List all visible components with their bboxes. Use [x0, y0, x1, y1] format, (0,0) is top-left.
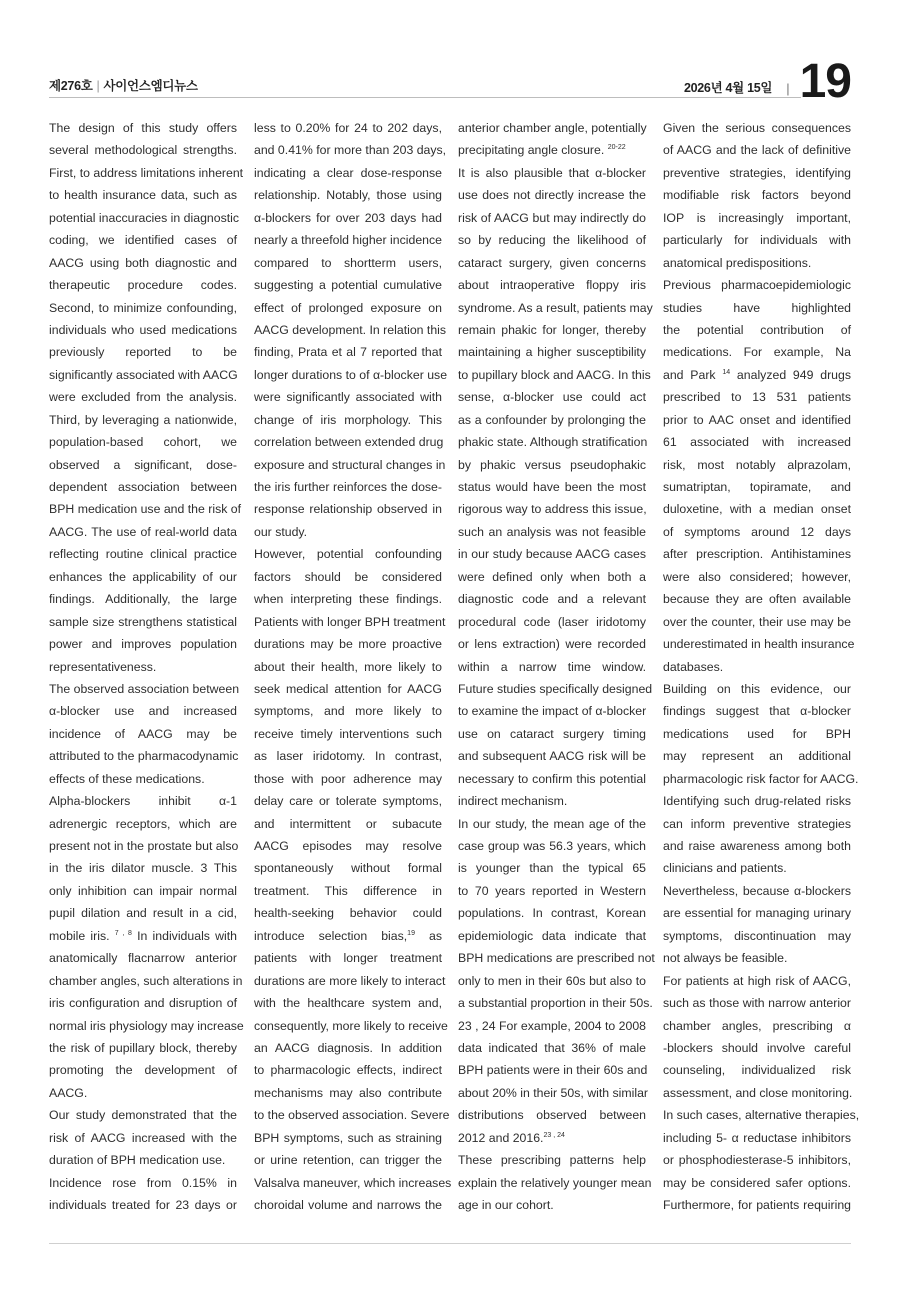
text-line: or phosphodiesterase-5 inhibitors,: [663, 1149, 851, 1171]
line-text: representativeness.: [49, 660, 156, 674]
text-line: previously reported to be: [49, 341, 237, 363]
line-text: pharmacologic risk factor for AACG.: [663, 772, 858, 786]
line-text: seek medical attention for AACG: [254, 682, 442, 696]
text-line: medications. For example, Na: [663, 341, 851, 363]
line-text: treatment. This difference in: [254, 884, 442, 898]
text-line: therapeutic procedure codes.: [49, 274, 237, 296]
line-text: cataract surgery, given concerns: [458, 256, 646, 270]
line-text: may represent an additional: [663, 749, 851, 763]
text-line: Nevertheless, because α-blockers: [663, 880, 851, 902]
line-text: medications. For example, Na: [663, 345, 851, 359]
line-text: duloxetine, with a median onset: [663, 502, 851, 516]
text-line: the potential contribution of: [663, 319, 851, 341]
text-line: were excluded from the analysis.: [49, 386, 237, 408]
line-text: of AACG and the lack of definitive: [663, 143, 851, 157]
text-line: Patients with longer BPH treatment: [254, 611, 442, 633]
text-line: are essential for managing urinary: [663, 902, 851, 924]
text-line: -blockers should involve careful: [663, 1037, 851, 1059]
text-line: syndrome. As a result, patients may: [458, 297, 646, 319]
line-text: effects of these medications.: [49, 772, 205, 786]
text-line: Incidence rose from 0.15% in: [49, 1172, 237, 1194]
text-line: as a confounder by prolonging the: [458, 409, 646, 431]
text-line: and raise awareness among both: [663, 835, 851, 857]
line-text: BPH medications are prescribed not: [458, 951, 655, 965]
text-line: adrenergic receptors, which are: [49, 813, 237, 835]
line-text: symptoms, discontinuation may: [663, 929, 851, 943]
text-line: α-blockers for over 203 days had: [254, 207, 442, 229]
line-text: Valsalva maneuver, which increases: [254, 1176, 451, 1190]
text-line: coding, we identified cases of: [49, 229, 237, 251]
line-text: studies have highlighted: [663, 301, 851, 315]
line-text: several methodological strengths.: [49, 143, 237, 157]
line-text: correlation between extended drug: [254, 435, 443, 449]
text-line: to the observed association. Severe: [254, 1104, 442, 1126]
line-text: mechanisms may also contribute: [254, 1086, 442, 1100]
line-text-continued: analyzed 949 drugs: [730, 368, 851, 382]
line-text: indicating a clear dose-response: [254, 166, 442, 180]
text-line: receive timely interventions such: [254, 723, 442, 745]
line-text: delay care or tolerate symptoms,: [254, 794, 442, 808]
text-line: clinicians and patients.: [663, 857, 851, 879]
line-text: normal iris physiology may increase: [49, 1019, 244, 1033]
line-text: consequently, more likely to receive: [254, 1019, 448, 1033]
line-text: Alpha-blockers inhibit α-1: [49, 794, 237, 808]
text-line: mobile iris. 7 , 8 In individuals with: [49, 925, 237, 947]
text-line: several methodological strengths.: [49, 139, 237, 161]
text-line: representativeness.: [49, 656, 237, 678]
text-line: prescribed to 13 531 patients: [663, 386, 851, 408]
line-text: diagnostic code and a relevant: [458, 592, 646, 606]
text-line: an AACG diagnosis. In addition: [254, 1037, 442, 1059]
line-text: medications used for BPH: [663, 727, 851, 741]
text-line: AACG. The use of real-world data: [49, 521, 237, 543]
line-text: the potential contribution of: [663, 323, 851, 337]
line-text: such an analysis was not feasible: [458, 525, 646, 539]
text-line: within a narrow time window.: [458, 656, 646, 678]
line-text: risk, most notably alprazolam,: [663, 458, 851, 472]
line-text: In such cases, alternative therapies,: [663, 1108, 859, 1122]
line-text: or urine retention, can trigger the: [254, 1153, 442, 1167]
line-text: suggesting a potential cumulative: [254, 278, 442, 292]
line-text: findings. Additionally, the large: [49, 592, 237, 606]
line-text: and intermittent or subacute: [254, 817, 442, 831]
text-line: and intermittent or subacute: [254, 813, 442, 835]
line-text: can inform preventive strategies: [663, 817, 851, 831]
text-line: preventive strategies, identifying: [663, 162, 851, 184]
line-text: In our study, the mean age of the: [458, 817, 646, 831]
line-text: not always be feasible.: [663, 951, 787, 965]
text-line: choroidal volume and narrows the: [254, 1194, 442, 1216]
line-text: use on cataract surgery timing: [458, 727, 646, 741]
text-line: AACG development. In relation this: [254, 319, 442, 341]
text-line: Previous pharmacoepidemiologic: [663, 274, 851, 296]
line-text: status would have been the most: [458, 480, 646, 494]
text-line: compared to shortterm users,: [254, 252, 442, 274]
line-text: as a confounder by prolonging the: [458, 413, 646, 427]
line-text: because they are often available: [663, 592, 851, 606]
text-line: symptoms, discontinuation may: [663, 925, 851, 947]
text-line: relationship. Notably, those using: [254, 184, 442, 206]
line-text: exposure and structural changes in: [254, 458, 445, 472]
text-line: Identifying such drug-related risks: [663, 790, 851, 812]
text-line: effect of prolonged exposure on: [254, 297, 442, 319]
text-line: The design of this study offers: [49, 117, 237, 139]
line-text: individuals who used medications: [49, 323, 237, 337]
line-text: necessary to confirm this potential: [458, 772, 646, 786]
line-text: may be considered safer options.: [663, 1176, 851, 1190]
line-text: introduce selection bias,: [254, 929, 407, 943]
text-line: or urine retention, can trigger the: [254, 1149, 442, 1171]
text-line: individuals treated for 23 days or: [49, 1194, 237, 1216]
line-text: to pharmacologic effects, indirect: [254, 1063, 442, 1077]
line-text: a substantial proportion in their 50s.: [458, 996, 653, 1010]
line-text: dependent association between: [49, 480, 237, 494]
text-line: assessment, and close monitoring.: [663, 1082, 851, 1104]
text-line: when interpreting these findings.: [254, 588, 442, 610]
text-line: normal iris physiology may increase: [49, 1015, 237, 1037]
text-line: medications used for BPH: [663, 723, 851, 745]
line-text: those with poor adherence may: [254, 772, 442, 786]
line-text: It is also plausible that α-blocker: [458, 166, 646, 180]
line-text: present not in the prostate but also: [49, 839, 238, 853]
text-line: cataract surgery, given concerns: [458, 252, 646, 274]
issue-date: 2026년 4월 15일: [684, 78, 772, 96]
line-text: were also considered; however,: [663, 570, 851, 584]
text-line: First, to address limitations inherent: [49, 162, 237, 184]
text-line: present not in the prostate but also: [49, 835, 237, 857]
line-text-continued: as: [415, 929, 442, 943]
text-line: age in our cohort.: [458, 1194, 646, 1216]
line-text: were significantly associated with: [254, 390, 442, 404]
text-line: It is also plausible that α-blocker: [458, 162, 646, 184]
text-line: findings. Additionally, the large: [49, 588, 237, 610]
line-text: findings suggest that α-blocker: [663, 704, 851, 718]
text-line: risk, most notably alprazolam,: [663, 454, 851, 476]
text-line: including 5- α reductase inhibitors: [663, 1127, 851, 1149]
text-line: anatomical predispositions.: [663, 252, 851, 274]
text-line: use on cataract surgery timing: [458, 723, 646, 745]
text-line: were defined only when both a: [458, 566, 646, 588]
text-line: data indicated that 36% of male: [458, 1037, 646, 1059]
line-text: are essential for managing urinary: [663, 906, 851, 920]
text-line: anterior chamber angle, potentially: [458, 117, 646, 139]
line-text: α-blocker use and increased: [49, 704, 237, 718]
text-line: to examine the impact of α-blocker: [458, 700, 646, 722]
text-line: These prescribing patterns help: [458, 1149, 646, 1171]
page-number: 19: [800, 60, 851, 104]
text-line: those with poor adherence may: [254, 768, 442, 790]
text-line: power and improves population: [49, 633, 237, 655]
text-line: suggesting a potential cumulative: [254, 274, 442, 296]
text-line: AACG.: [49, 1082, 237, 1104]
line-text: an AACG diagnosis. In addition: [254, 1041, 442, 1055]
line-text: power and improves population: [49, 637, 237, 651]
line-text-continued: In individuals with: [132, 929, 237, 943]
text-line: enhances the applicability of our: [49, 566, 237, 588]
text-line: Alpha-blockers inhibit α-1: [49, 790, 237, 812]
text-line: α-blocker use and increased: [49, 700, 237, 722]
date-separator: |: [786, 81, 789, 96]
text-line: and subsequent AACG risk will be: [458, 745, 646, 767]
text-line: only to men in their 60s but also to: [458, 970, 646, 992]
line-text: 2012 and 2016.: [458, 1131, 543, 1145]
text-line: of symptoms around 12 days: [663, 521, 851, 543]
line-text: effect of prolonged exposure on: [254, 301, 442, 315]
text-line: by phakic versus pseudophakic: [458, 454, 646, 476]
text-line: IOP is increasingly important,: [663, 207, 851, 229]
line-text: age in our cohort.: [458, 1198, 554, 1212]
text-line: durations are more likely to interact: [254, 970, 442, 992]
line-text: only to men in their 60s but also to: [458, 974, 646, 988]
text-line: incidence of AACG may be: [49, 723, 237, 745]
text-line: delay care or tolerate symptoms,: [254, 790, 442, 812]
issue-number: 제276호: [49, 79, 93, 93]
line-text: 61 associated with increased: [663, 435, 851, 449]
line-text: to pupillary block and AACG. In this: [458, 368, 651, 382]
text-line: not always be feasible.: [663, 947, 851, 969]
line-text: by phakic versus pseudophakic: [458, 458, 646, 472]
line-text: of symptoms around 12 days: [663, 525, 851, 539]
line-text: symptoms, and more likely to: [254, 704, 442, 718]
text-line: attributed to the pharmacodynamic: [49, 745, 237, 767]
line-text: or lens extraction) were recorded: [458, 637, 646, 651]
text-line: change of iris morphology. This: [254, 409, 442, 431]
text-line: effects of these medications.: [49, 768, 237, 790]
text-line: exposure and structural changes in: [254, 454, 442, 476]
text-line: In such cases, alternative therapies,: [663, 1104, 851, 1126]
line-text: attributed to the pharmacodynamic: [49, 749, 238, 763]
line-text: clinicians and patients.: [663, 861, 787, 875]
line-text: sample size strengthens statistical: [49, 615, 237, 629]
text-line: factors should be considered: [254, 566, 442, 588]
article-column-3: anterior chamber angle, potentiallypreci…: [458, 117, 646, 1216]
text-line: to health insurance data, such as: [49, 184, 237, 206]
article-column-1: The design of this study offersseveral m…: [49, 117, 237, 1216]
line-text: AACG using both diagnostic and: [49, 256, 237, 270]
line-text: to the observed association. Severe: [254, 1108, 450, 1122]
text-line: such as those with narrow anterior: [663, 992, 851, 1014]
line-text: the iris further reinforces the dose-: [254, 480, 442, 494]
line-text: assessment, and close monitoring.: [663, 1086, 852, 1100]
text-line: potential inaccuracies in diagnostic: [49, 207, 237, 229]
line-text: chamber angles, prescribing α: [663, 1019, 851, 1033]
line-text: as laser iridotomy. In contrast,: [254, 749, 442, 763]
text-line: is younger than the typical 65: [458, 857, 646, 879]
line-text: Our study demonstrated that the: [49, 1108, 237, 1122]
line-text: durations are more likely to interact: [254, 974, 445, 988]
text-line: with the healthcare system and,: [254, 992, 442, 1014]
line-text: counseling, individualized risk: [663, 1063, 851, 1077]
text-line: chamber angles, prescribing α: [663, 1015, 851, 1037]
line-text: durations may be more proactive: [254, 637, 442, 651]
text-line: precipitating angle closure. 20-22: [458, 139, 646, 161]
text-line: BPH patients were in their 60s and: [458, 1059, 646, 1081]
page-header: 제276호|사이언스엠디뉴스 2026년 4월 15일 | 19: [49, 60, 851, 98]
text-line: over the counter, their use may be: [663, 611, 851, 633]
text-line: observed a significant, dose-: [49, 454, 237, 476]
text-line: Given the serious consequences: [663, 117, 851, 139]
text-line: sumatriptan, topiramate, and: [663, 476, 851, 498]
line-text: procedural code (laser iridotomy: [458, 615, 646, 629]
text-line: may be considered safer options.: [663, 1172, 851, 1194]
text-line: In our study, the mean age of the: [458, 813, 646, 835]
line-text: First, to address limitations inherent: [49, 166, 243, 180]
text-line: BPH symptoms, such as straining: [254, 1127, 442, 1149]
line-text: adrenergic receptors, which are: [49, 817, 237, 831]
citation-superscript: 14: [722, 369, 730, 376]
text-line: However, potential confounding: [254, 543, 442, 565]
line-text: Incidence rose from 0.15% in: [49, 1176, 237, 1190]
line-text: case group was 56.3 years, which: [458, 839, 646, 853]
text-line: modifiable risk factors beyond: [663, 184, 851, 206]
text-line: correlation between extended drug: [254, 431, 442, 453]
line-text: 23 , 24 For example, 2004 to 2008: [458, 1019, 646, 1033]
line-text: databases.: [663, 660, 723, 674]
text-line: significantly associated with AACG: [49, 364, 237, 386]
header-divider: [49, 97, 801, 98]
line-text: and subsequent AACG risk will be: [458, 749, 646, 763]
text-line: seek medical attention for AACG: [254, 678, 442, 700]
line-text: BPH symptoms, such as straining: [254, 1131, 442, 1145]
line-text: finding, Prata et al 7 reported that: [254, 345, 442, 359]
text-line: symptoms, and more likely to: [254, 700, 442, 722]
line-text: Second, to minimize confounding,: [49, 301, 237, 315]
line-text: sense, α-blocker use could act: [458, 390, 646, 404]
line-text: α-blockers for over 203 days had: [254, 211, 442, 225]
text-line: about their health, more likely to: [254, 656, 442, 678]
line-text: health-seeking behavior could: [254, 906, 442, 920]
line-text: indirect mechanism.: [458, 794, 567, 808]
text-line: 61 associated with increased: [663, 431, 851, 453]
text-line: the risk of pupillary block, thereby: [49, 1037, 237, 1059]
line-text: longer durations to of α-blocker use: [254, 368, 447, 382]
text-line: duration of BPH medication use.: [49, 1149, 237, 1171]
text-line: reflecting routine clinical practice: [49, 543, 237, 565]
citation-superscript: 20-22: [608, 144, 626, 151]
line-text: and 0.41% for more than 203 days,: [254, 143, 446, 157]
line-text: populations. In contrast, Korean: [458, 906, 646, 920]
text-line: Second, to minimize confounding,: [49, 297, 237, 319]
text-line: sense, α-blocker use could act: [458, 386, 646, 408]
line-text: or phosphodiesterase-5 inhibitors,: [663, 1153, 851, 1167]
line-text: Third, by leveraging a nationwide,: [49, 413, 237, 427]
line-text: -blockers should involve careful: [663, 1041, 851, 1055]
text-line: about 20% in their 50s, with similar: [458, 1082, 646, 1104]
text-line: treatment. This difference in: [254, 880, 442, 902]
text-line: our study.: [254, 521, 442, 543]
line-text: mobile iris.: [49, 929, 115, 943]
line-text: to 70 years reported in Western: [458, 884, 646, 898]
text-line: and Park 14 analyzed 949 drugs: [663, 364, 851, 386]
line-text: sumatriptan, topiramate, and: [663, 480, 851, 494]
text-line: population-based cohort, we: [49, 431, 237, 453]
text-line: promoting the development of: [49, 1059, 237, 1081]
text-line: BPH medication use and the risk of: [49, 498, 237, 520]
text-line: so by reducing the likelihood of: [458, 229, 646, 251]
line-text: Patients with longer BPH treatment: [254, 615, 445, 629]
text-line: For patients at high risk of AACG,: [663, 970, 851, 992]
text-line: in the iris dilator muscle. 3 This: [49, 857, 237, 879]
citation-superscript: 7 , 8: [115, 930, 132, 937]
line-text: Future studies specifically designed: [458, 682, 652, 696]
text-line: Building on this evidence, our: [663, 678, 851, 700]
line-text: the risk of pupillary block, thereby: [49, 1041, 237, 1055]
text-line: durations may be more proactive: [254, 633, 442, 655]
text-line: findings suggest that α-blocker: [663, 700, 851, 722]
line-text: about intraoperative floppy iris: [458, 278, 646, 292]
line-text: and Park: [663, 368, 722, 382]
line-text: Nevertheless, because α-blockers: [663, 884, 851, 898]
text-line: risk of AACG increased with the: [49, 1127, 237, 1149]
line-text: Building on this evidence, our: [663, 682, 851, 696]
line-text: AACG.: [49, 1086, 87, 1100]
line-text: less to 0.20% for 24 to 202 days,: [254, 121, 442, 135]
text-line: about intraoperative floppy iris: [458, 274, 646, 296]
text-line: finding, Prata et al 7 reported that: [254, 341, 442, 363]
text-line: remain phakic for longer, thereby: [458, 319, 646, 341]
line-text: prescribed to 13 531 patients: [663, 390, 851, 404]
text-line: Future studies specifically designed: [458, 678, 646, 700]
text-line: less to 0.20% for 24 to 202 days,: [254, 117, 442, 139]
text-line: use does not directly increase the: [458, 184, 646, 206]
text-line: chamber angles, such alterations in: [49, 970, 237, 992]
line-text: individuals treated for 23 days or: [49, 1198, 237, 1212]
line-text: Furthermore, for patients requiring: [663, 1198, 851, 1212]
text-line: as laser iridotomy. In contrast,: [254, 745, 442, 767]
text-line: nearly a threefold higher incidence: [254, 229, 442, 251]
text-line: introduce selection bias,19 as: [254, 925, 442, 947]
line-text: in our study because AACG cases: [458, 547, 646, 561]
text-line: populations. In contrast, Korean: [458, 902, 646, 924]
line-text: anatomically flacnarrow anterior: [49, 951, 237, 965]
text-line: longer durations to of α-blocker use: [254, 364, 442, 386]
line-text: were excluded from the analysis.: [49, 390, 237, 404]
line-text: BPH medication use and the risk of: [49, 502, 241, 516]
text-line: AACG episodes may resolve: [254, 835, 442, 857]
text-line: individuals who used medications: [49, 319, 237, 341]
text-line: epidemiologic data indicate that: [458, 925, 646, 947]
article-column-4: Given the serious consequencesof AACG an…: [663, 117, 851, 1216]
text-line: Furthermore, for patients requiring: [663, 1194, 851, 1216]
line-text: factors should be considered: [254, 570, 442, 584]
line-text: particularly for individuals with: [663, 233, 851, 247]
text-line: dependent association between: [49, 476, 237, 498]
line-text: over the counter, their use may be: [663, 615, 851, 629]
citation-superscript: 23 , 24: [543, 1132, 564, 1139]
text-line: particularly for individuals with: [663, 229, 851, 251]
text-line: response relationship observed in: [254, 498, 442, 520]
text-line: anatomically flacnarrow anterior: [49, 947, 237, 969]
text-line: 23 , 24 For example, 2004 to 2008: [458, 1015, 646, 1037]
line-text: choroidal volume and narrows the: [254, 1198, 442, 1212]
line-text: enhances the applicability of our: [49, 570, 237, 584]
line-text: prior to AAC onset and identified: [663, 413, 851, 427]
text-line: sample size strengthens statistical: [49, 611, 237, 633]
text-line: pupil dilation and result in a cid,: [49, 902, 237, 924]
line-text: anatomical predispositions.: [663, 256, 811, 270]
line-text: to health insurance data, such as: [49, 188, 237, 202]
text-line: patients with longer treatment: [254, 947, 442, 969]
text-line: 2012 and 2016.23 , 24: [458, 1127, 646, 1149]
line-text: about their health, more likely to: [254, 660, 442, 674]
line-text: including 5- α reductase inhibitors: [663, 1131, 851, 1145]
text-line: AACG using both diagnostic and: [49, 252, 237, 274]
line-text: The design of this study offers: [49, 121, 237, 135]
line-text: within a narrow time window.: [458, 660, 646, 674]
line-text: change of iris morphology. This: [254, 413, 442, 427]
line-text: therapeutic procedure codes.: [49, 278, 237, 292]
text-line: after prescription. Antihistamines: [663, 543, 851, 565]
